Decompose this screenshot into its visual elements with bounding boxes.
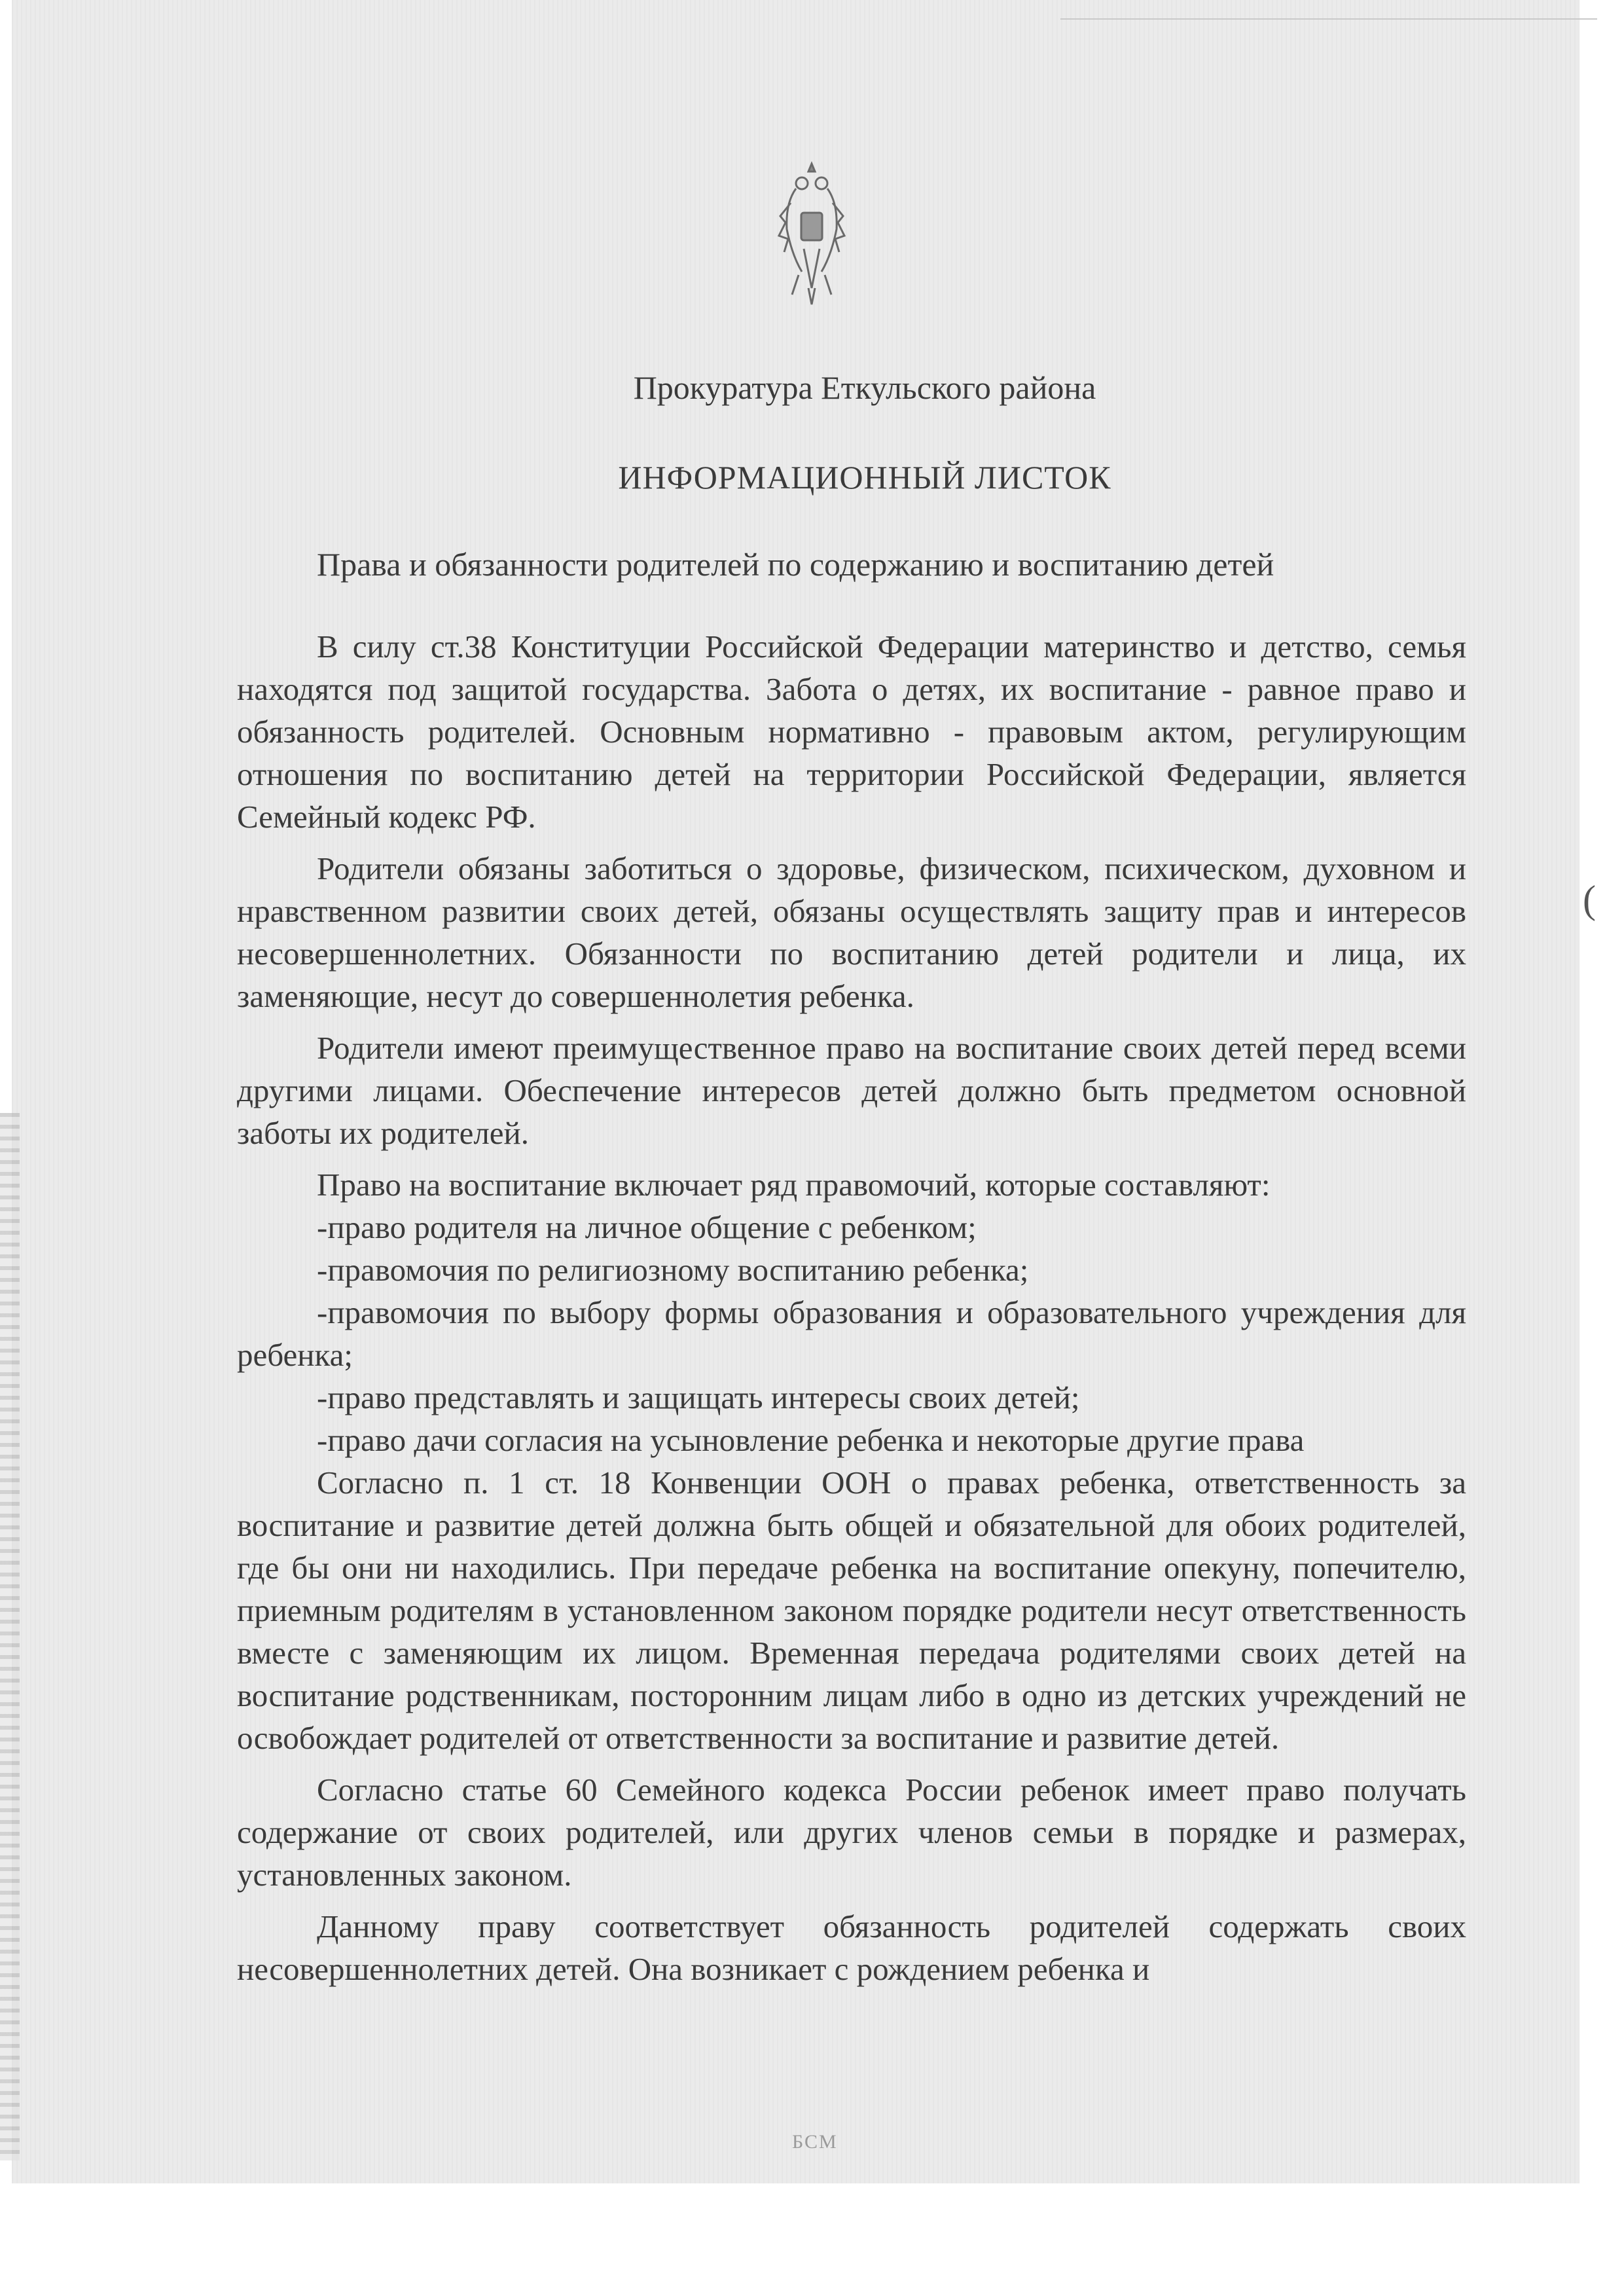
document-subtitle: Права и обязанности родителей по содержа… xyxy=(237,543,1466,586)
rights-list: -право родителя на личное общение с ребе… xyxy=(237,1206,1466,1461)
rights-list-item: -право родителя на личное общение с ребе… xyxy=(237,1206,1466,1248)
paragraph-rights-intro: Право на воспитание включает ряд правомо… xyxy=(237,1163,1466,1206)
paragraph-parental-duties: Родители обязаны заботиться о здоровье, … xyxy=(237,847,1466,1017)
scan-margin-mark: ( xyxy=(1583,877,1596,922)
paragraph-family-code-art60: Согласно статье 60 Семейного кодекса Рос… xyxy=(237,1768,1466,1896)
paragraph-un-convention: Согласно п. 1 ст. 18 Конвенции ООН о пра… xyxy=(237,1461,1466,1759)
document-body: Прокуратура Еткульского района ИНФОРМАЦИ… xyxy=(237,367,1466,1990)
paragraph-constitution: В силу ст.38 Конституции Российской Феде… xyxy=(237,625,1466,838)
organization-name: Прокуратура Еткульского района xyxy=(237,367,1466,409)
russian-coat-of-arms-icon xyxy=(772,157,851,308)
scan-footer-mark: БСМ xyxy=(792,2131,838,2153)
paragraph-preferential-right: Родители имеют преимущественное право на… xyxy=(237,1027,1466,1154)
rights-list-item: -право представлять и защищать интересы … xyxy=(237,1376,1466,1419)
scan-edge-artifact xyxy=(0,1113,20,2160)
paragraph-maintenance-duty: Данному праву соответствует обязанность … xyxy=(237,1905,1466,1990)
scan-top-line xyxy=(1060,18,1597,20)
rights-list-item: -право дачи согласия на усыновление ребе… xyxy=(237,1419,1466,1461)
rights-list-item: -правомочия по религиозному воспитанию р… xyxy=(237,1248,1466,1291)
rights-list-item: -правомочия по выбору формы образования … xyxy=(237,1291,1466,1376)
document-title: ИНФОРМАЦИОННЫЙ ЛИСТОК xyxy=(237,456,1466,499)
